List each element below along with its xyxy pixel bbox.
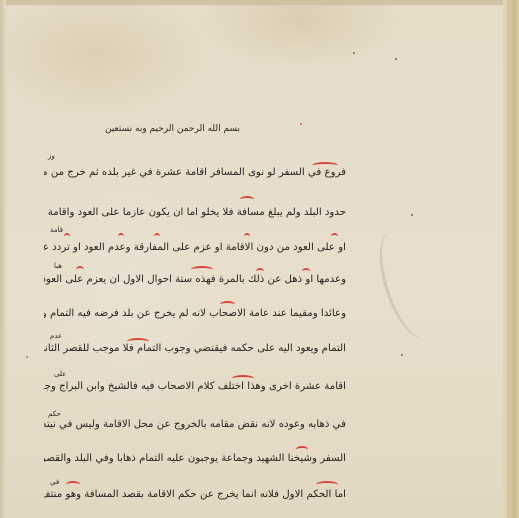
marginal-gloss: على [54,370,66,378]
marginal-gloss: وز [48,152,55,160]
text-line-1: فروع في السفر لو نوى المسافر اقامة عشرة … [44,166,346,180]
rubric-overline [76,266,84,273]
binding-fold-line [508,0,509,518]
rubric-overline [64,233,70,240]
text-line-10: اما الحكم الاول فلانه انما يخرج عن حكم ا… [44,488,346,502]
marginal-gloss: حكم [48,410,61,418]
main-text-block: فروع في السفر لو نوى المسافر اقامة عشرة … [44,0,346,518]
ink-speck [353,52,355,54]
page-left-edge [0,0,6,518]
text-line-9: السفر وشيخنا الشهيد وجماعة يوجبون عليه ا… [44,452,346,466]
text-line-3: او على العود من دون الاقامة او عزم على ا… [44,241,346,255]
rubric-overline [240,196,254,203]
rubric-overline [191,266,213,273]
rubric-overline [154,233,160,240]
ink-speck [395,58,397,60]
text-line-6: التمام ويعود اليه على حكمه فيقتضي وجوب ا… [44,342,346,356]
marginal-gloss: قامة [50,226,63,234]
marginal-gloss: في [50,478,59,486]
text-line-2: حدود البلد ولم يبلغ مسافة فلا يخلو اما ا… [44,206,346,220]
rubric-overline [66,481,80,488]
text-line-8: في ذهابه وعوده لانه نقض مقامه بالخروج عن… [44,418,346,432]
ink-speck [401,354,403,356]
water-stain [369,226,444,344]
rubric-overline [244,233,250,240]
manuscript-page: بسم الله الرحمن الرحيم وبه نستعين فروع ف… [0,0,519,518]
ink-speck [411,214,413,216]
text-line-7: اقامة عشرة اخرى وهذا اختلف كلام الاصحاب … [44,380,346,394]
red-speck [26,356,28,358]
marginal-gloss: عدم [50,332,62,340]
binding-edge [503,0,519,518]
text-line-5: وعائدا ومقيما عند عامة الاصحاب لانه لم ي… [44,307,346,321]
marginal-gloss: هبا [54,262,62,270]
rubric-overline [316,481,338,488]
text-line-4: وعدمها او ذهل عن ذلك بالمرة فهذه ستة احو… [44,273,346,287]
rubric-overline [118,233,124,240]
rubric-overline [331,233,338,240]
